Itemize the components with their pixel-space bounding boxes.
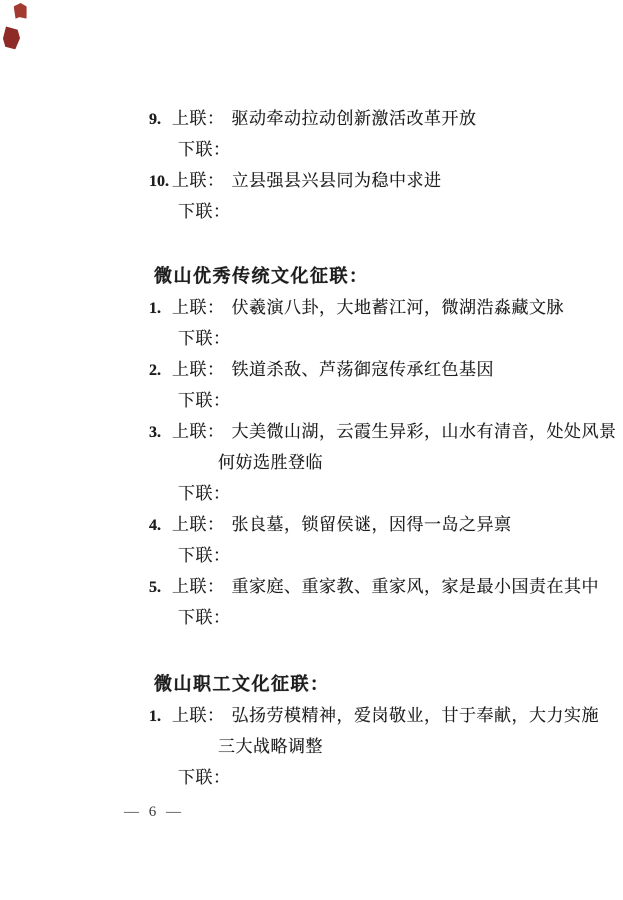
couplet-lower-row: 下联： [146,762,623,793]
couplet-lower-row: 下联： [146,323,623,354]
upper-couplet-label: 上联： [172,298,225,317]
couplet-call-list: 9.上联：驱动牵动拉动创新激活改革开放 下联： 10.上联：立县强县兴县同为稳中… [146,103,623,793]
lower-couplet-label: 下联： [178,768,231,787]
page-number: — 6 — [124,804,184,821]
couplet-upper-row: 5.上联：重家庭、重家教、重家风，家是最小国责在其中 [146,571,623,602]
section-heading-traditional-culture: 微山优秀传统文化征联： [154,261,623,292]
couplet-lower-row: 下联： [146,196,623,227]
couplet-lower-row: 下联： [146,602,623,633]
item-number: 1. [146,293,172,324]
item-number: 9. [146,104,172,135]
couplet-upper-row: 1.上联：弘扬劳模精神，爱岗敬业，甘于奉献，大力实施 [146,700,623,731]
upper-couplet-label: 上联： [172,171,225,190]
red-ink-mark-1 [13,3,27,20]
couplet-upper-row: 1.上联：伏羲演八卦，大地蓄江河，微湖浩淼藏文脉 [146,292,623,323]
couplet-upper-continuation-row: 三大战略调整 [146,731,623,762]
lower-couplet-label: 下联： [178,484,231,503]
lower-couplet-label: 下联： [178,546,231,565]
upper-couplet-text-line2: 三大战略调整 [218,737,323,756]
upper-couplet-text: 驱动牵动拉动创新激活改革开放 [232,109,477,128]
upper-couplet-label: 上联： [172,109,225,128]
upper-couplet-text: 重家庭、重家教、重家风，家是最小国责在其中 [232,577,600,596]
item-number: 10. [146,166,172,197]
upper-couplet-text: 铁道杀敌、芦荡御寇传承红色基因 [232,360,495,379]
couplet-lower-row: 下联： [146,540,623,571]
upper-couplet-label: 上联： [172,706,225,725]
item-number: 3. [146,417,172,448]
upper-couplet-text: 大美微山湖，云霞生异彩，山水有清音，处处风景 [232,422,617,441]
couplet-upper-row: 2.上联：铁道杀敌、芦荡御寇传承红色基因 [146,354,623,385]
item-number: 5. [146,572,172,603]
upper-couplet-label: 上联： [172,577,225,596]
couplet-upper-row: 9.上联：驱动牵动拉动创新激活改革开放 [146,103,623,134]
upper-couplet-text: 弘扬劳模精神，爱岗敬业，甘于奉献，大力实施 [232,706,600,725]
couplet-upper-row: 3.上联：大美微山湖，云霞生异彩，山水有清音，处处风景 [146,416,623,447]
couplet-lower-row: 下联： [146,134,623,165]
couplet-lower-row: 下联： [146,478,623,509]
couplet-upper-row: 4.上联：张良墓，锁留侯谜，因得一岛之异禀 [146,509,623,540]
couplet-lower-row: 下联： [146,385,623,416]
couplet-upper-row: 10.上联：立县强县兴县同为稳中求进 [146,165,623,196]
item-number: 4. [146,510,172,541]
item-number: 1. [146,701,172,732]
lower-couplet-label: 下联： [178,329,231,348]
lower-couplet-label: 下联： [178,202,231,221]
upper-couplet-text: 张良墓，锁留侯谜，因得一岛之异禀 [232,515,512,534]
item-number: 2. [146,355,172,386]
red-ink-mark-2 [2,26,21,49]
upper-couplet-label: 上联： [172,360,225,379]
upper-couplet-label: 上联： [172,515,225,534]
upper-couplet-text-line2: 何妨选胜登临 [218,453,323,472]
lower-couplet-label: 下联： [178,140,231,159]
upper-couplet-text: 伏羲演八卦，大地蓄江河，微湖浩淼藏文脉 [232,298,565,317]
lower-couplet-label: 下联： [178,391,231,410]
section-heading-worker-culture: 微山职工文化征联： [154,669,623,700]
couplet-upper-continuation-row: 何妨选胜登临 [146,447,623,478]
upper-couplet-text: 立县强县兴县同为稳中求进 [232,171,442,190]
upper-couplet-label: 上联： [172,422,225,441]
lower-couplet-label: 下联： [178,608,231,627]
